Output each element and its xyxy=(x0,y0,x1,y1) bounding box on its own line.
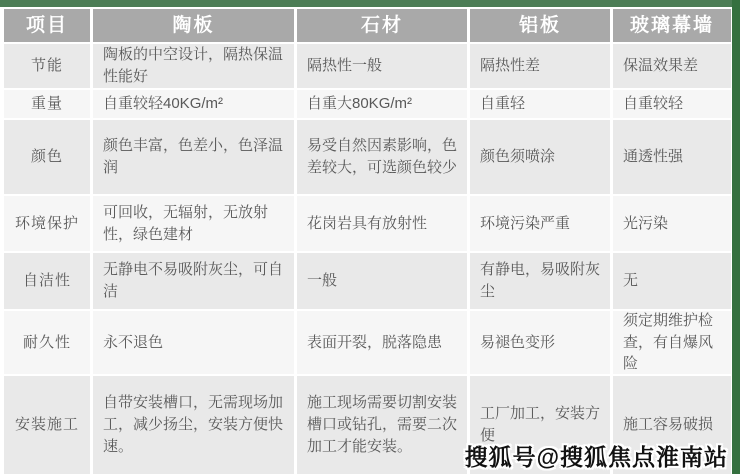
table-cell: 自带安装槽口，无需现场加工，减少扬尘，安装方便快速。 xyxy=(93,376,294,474)
table-cell: 须定期维护检查，有自爆风险 xyxy=(613,311,731,374)
table-cell: 通透性强 xyxy=(613,120,731,194)
table-cell: 颜色须喷涂 xyxy=(470,120,610,194)
table-cell: 永不退色 xyxy=(93,311,294,374)
column-header-stone: 石材 xyxy=(297,9,467,42)
row-label-color: 颜色 xyxy=(4,120,90,194)
sohu-watermark: 搜狐号@搜狐焦点淮南站 xyxy=(465,439,728,472)
table-cell: 隔热性一般 xyxy=(297,44,467,88)
row-label-durability: 耐久性 xyxy=(4,311,90,374)
table-cell: 保温效果差 xyxy=(613,44,731,88)
table-cell: 易受自然因素影响，色差较大，可选颜色较少 xyxy=(297,120,467,194)
column-header-ceramic-panel: 陶板 xyxy=(93,9,294,42)
column-header-glass-curtain-wall: 玻璃幕墙 xyxy=(613,9,731,42)
table-cell: 可回收，无辐射，无放射性，绿色建材 xyxy=(93,196,294,251)
row-label-energy-saving: 节能 xyxy=(4,44,90,88)
table-cell: 自重较轻 xyxy=(613,90,731,118)
table-cell: 环境污染严重 xyxy=(470,196,610,251)
row-label-self-cleaning: 自洁性 xyxy=(4,253,90,309)
material-comparison-page: 项目 陶板 石材 铝板 玻璃幕墙 节能 陶板的中空设计，隔热保温性能好 隔热性一… xyxy=(0,0,740,474)
table-cell: 自重大80KG/m² xyxy=(297,90,467,118)
table-cell: 无 xyxy=(613,253,731,309)
row-label-weight: 重量 xyxy=(4,90,90,118)
table-cell: 颜色丰富，色差小，色泽温润 xyxy=(93,120,294,194)
table-cell: 自重较轻40KG/m² xyxy=(93,90,294,118)
table-cell: 易褪色变形 xyxy=(470,311,610,374)
table-cell: 无静电不易吸附灰尘，可自洁 xyxy=(93,253,294,309)
row-label-environmental-protection: 环境保护 xyxy=(4,196,90,251)
column-header-aluminum-panel: 铝板 xyxy=(470,9,610,42)
table-cell: 陶板的中空设计，隔热保温性能好 xyxy=(93,44,294,88)
table-cell: 施工现场需要切割安装槽口或钻孔，需要二次加工才能安装。 xyxy=(297,376,467,474)
table-cell: 隔热性差 xyxy=(470,44,610,88)
table-cell: 一般 xyxy=(297,253,467,309)
right-green-border xyxy=(732,0,740,474)
table-cell: 表面开裂，脱落隐患 xyxy=(297,311,467,374)
top-green-border xyxy=(0,0,740,7)
row-label-installation: 安装施工 xyxy=(4,376,90,474)
table-cell: 有静电，易吸附灰尘 xyxy=(470,253,610,309)
material-comparison-table: 项目 陶板 石材 铝板 玻璃幕墙 节能 陶板的中空设计，隔热保温性能好 隔热性一… xyxy=(4,9,731,474)
table-cell: 光污染 xyxy=(613,196,731,251)
table-cell: 花岗岩具有放射性 xyxy=(297,196,467,251)
column-header-item: 项目 xyxy=(4,9,90,42)
table-cell: 自重轻 xyxy=(470,90,610,118)
